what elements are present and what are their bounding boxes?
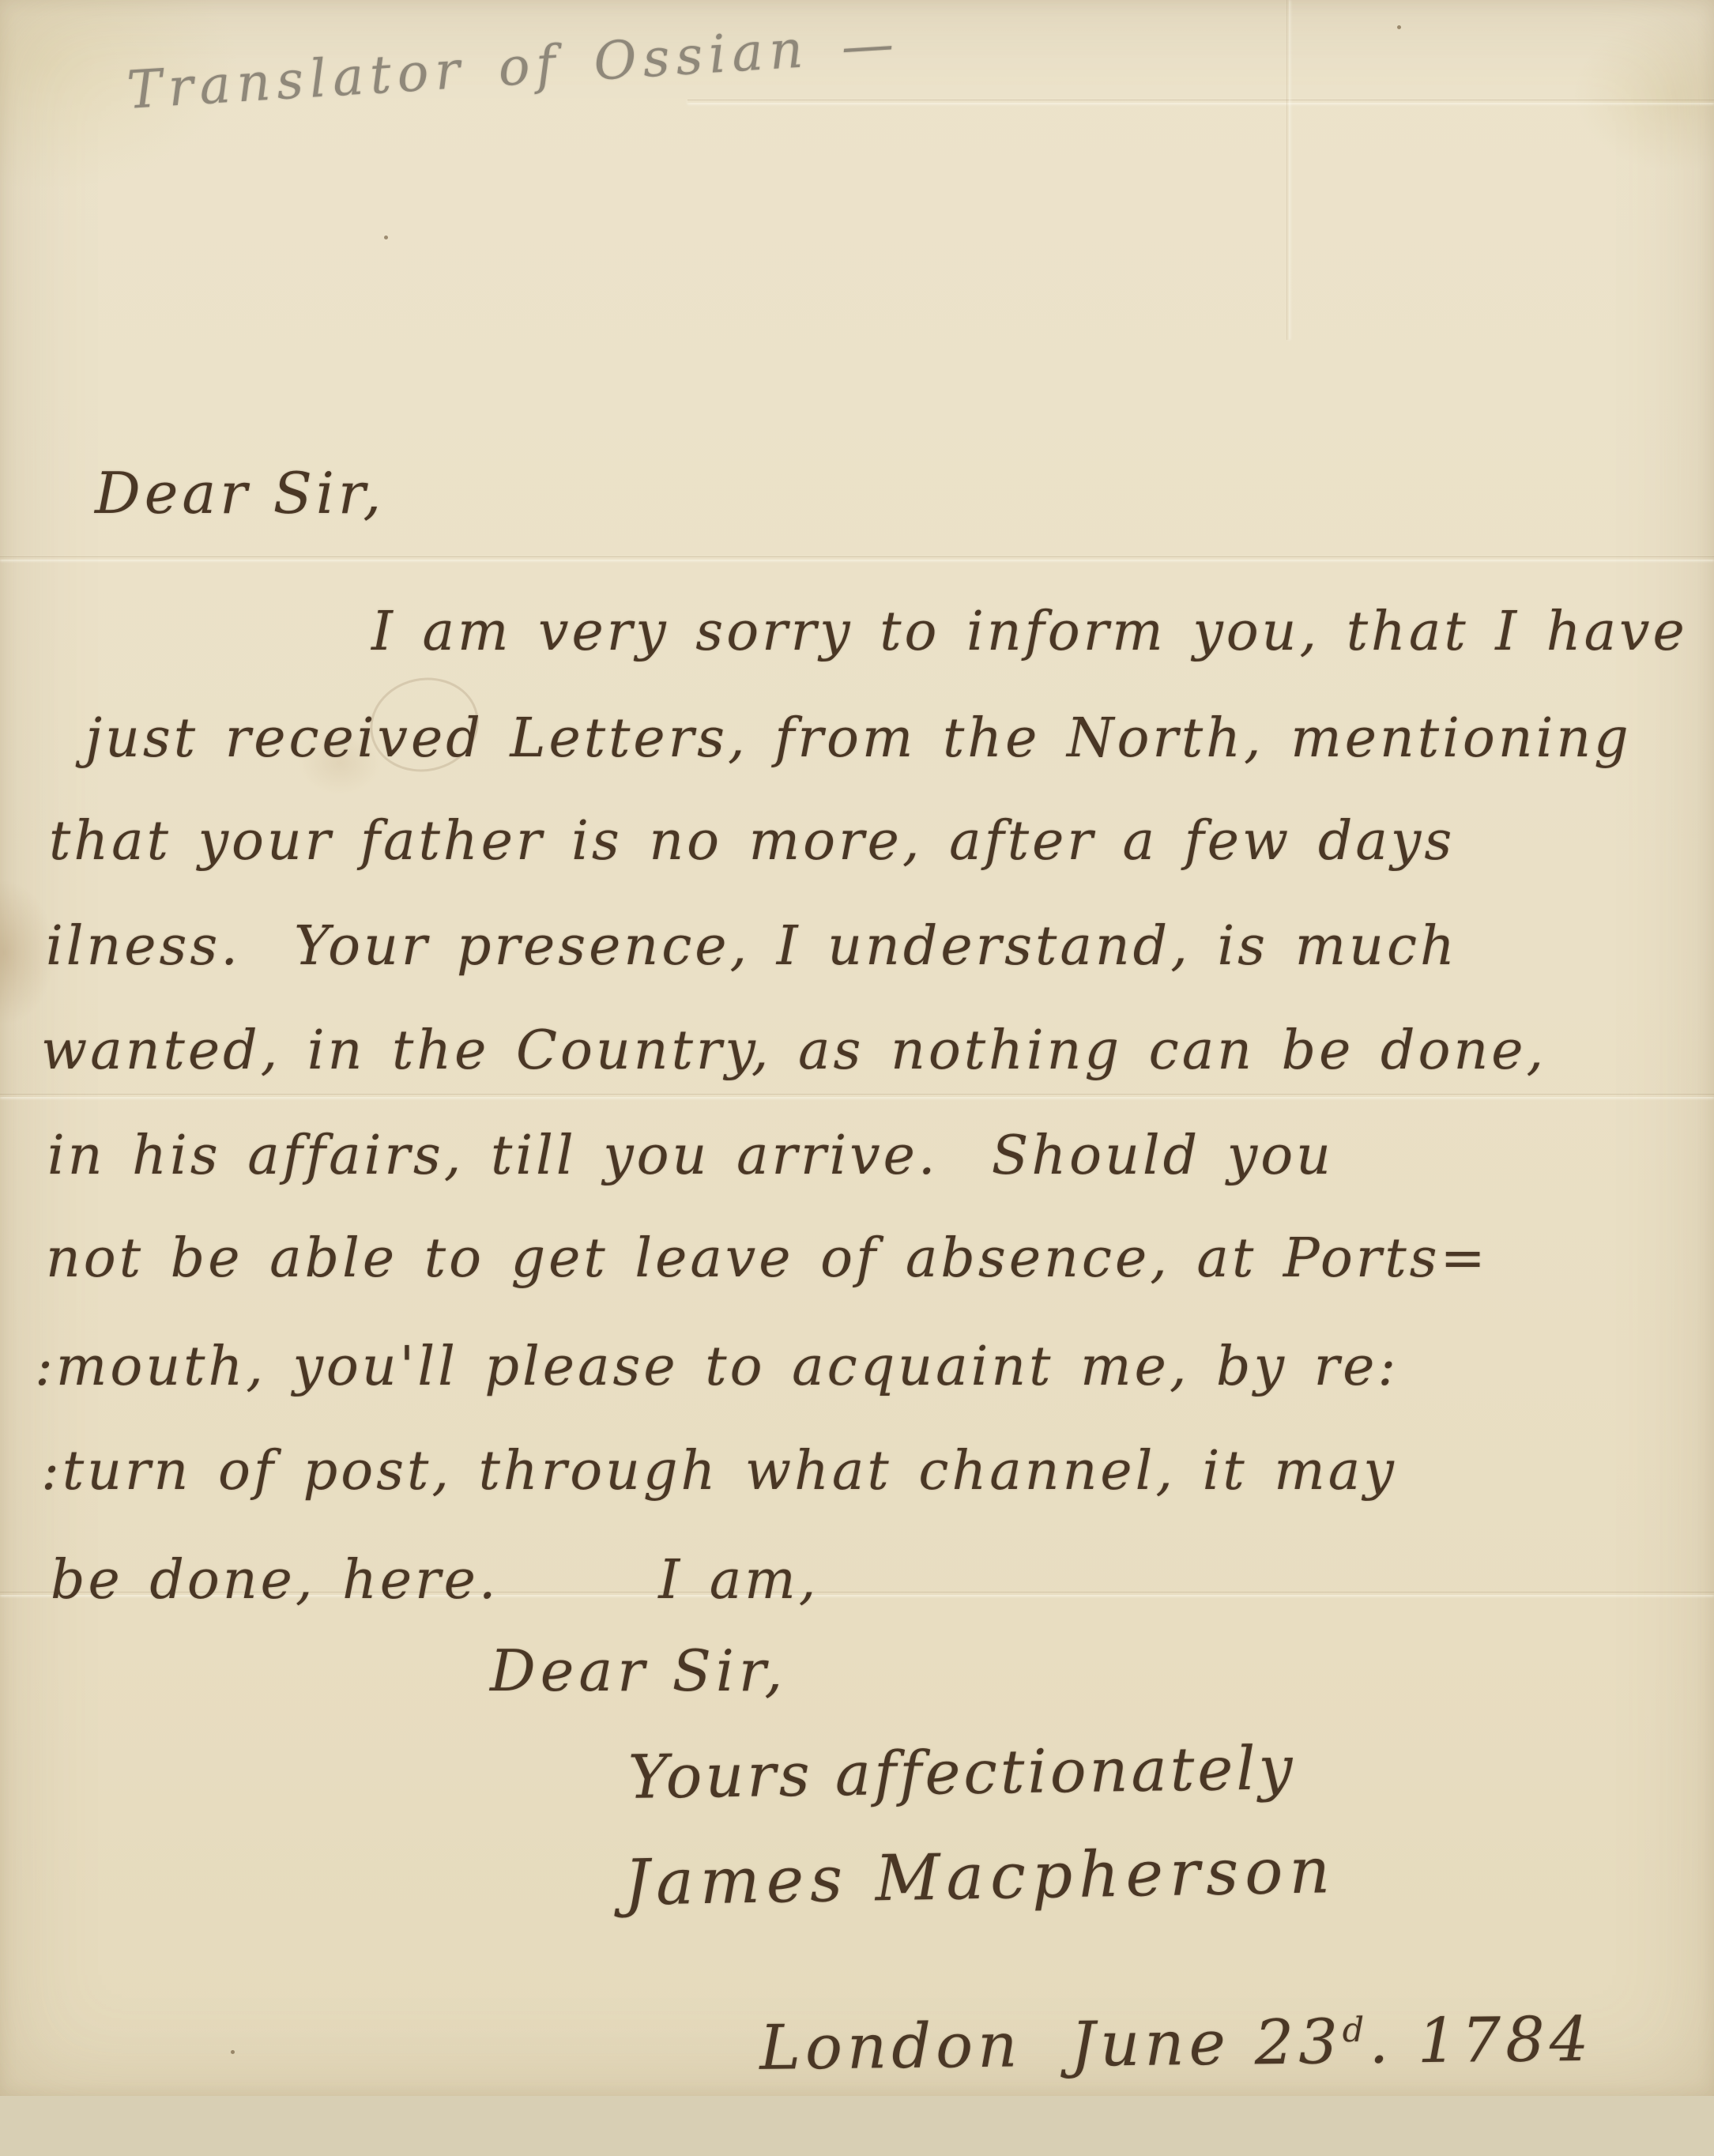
- letter-body-line: I am very sorry to inform you, that I ha…: [371, 601, 1688, 663]
- pencil-annotation: Translator of Ossian —: [126, 13, 902, 121]
- fold-crease-middle: [0, 1094, 1714, 1097]
- paper-speck: [231, 2050, 235, 2054]
- paper-speck: [384, 236, 388, 239]
- letter-body-line: :turn of post, through what channel, it …: [41, 1440, 1397, 1502]
- date-year: . 1784: [1369, 2004, 1594, 2078]
- letter-body-line: not be able to get leave of absence, at …: [46, 1227, 1489, 1290]
- paper-speck: [1397, 25, 1401, 29]
- closing-salutation: Dear Sir,: [490, 1638, 787, 1704]
- fold-crease-vertical: [1286, 0, 1289, 340]
- date-ordinal-superscript: d: [1342, 2011, 1369, 2050]
- letter-paper: Translator of Ossian — Dear Sir, I am ve…: [0, 0, 1714, 2096]
- signature-james-macpherson: James Macpherson: [623, 1834, 1336, 1920]
- fold-crease-top: [687, 100, 1714, 103]
- letter-body-line: that your father is no more, after a few…: [49, 810, 1455, 873]
- letter-body-line: :mouth, you'll please to acquaint me, by…: [35, 1336, 1399, 1398]
- letter-body-line: wanted, in the Country, as nothing can b…: [41, 1020, 1546, 1082]
- date-prefix: London June 23: [759, 2007, 1343, 2084]
- place-and-date-line: London June 23d. 1784: [661, 1933, 1595, 2096]
- letter-body-line: be done, here. I am,: [51, 1549, 819, 1611]
- letter-salutation: Dear Sir,: [95, 460, 385, 526]
- letter-body-line: ilness. Your presence, I understand, is …: [46, 915, 1458, 978]
- letter-body-line: just received Letters, from the North, m…: [85, 707, 1632, 770]
- fold-crease-upper: [0, 556, 1714, 560]
- letter-body-line: in his affairs, till you arrive. Should …: [47, 1125, 1334, 1187]
- closing-valediction: Yours affectionately: [627, 1732, 1296, 1812]
